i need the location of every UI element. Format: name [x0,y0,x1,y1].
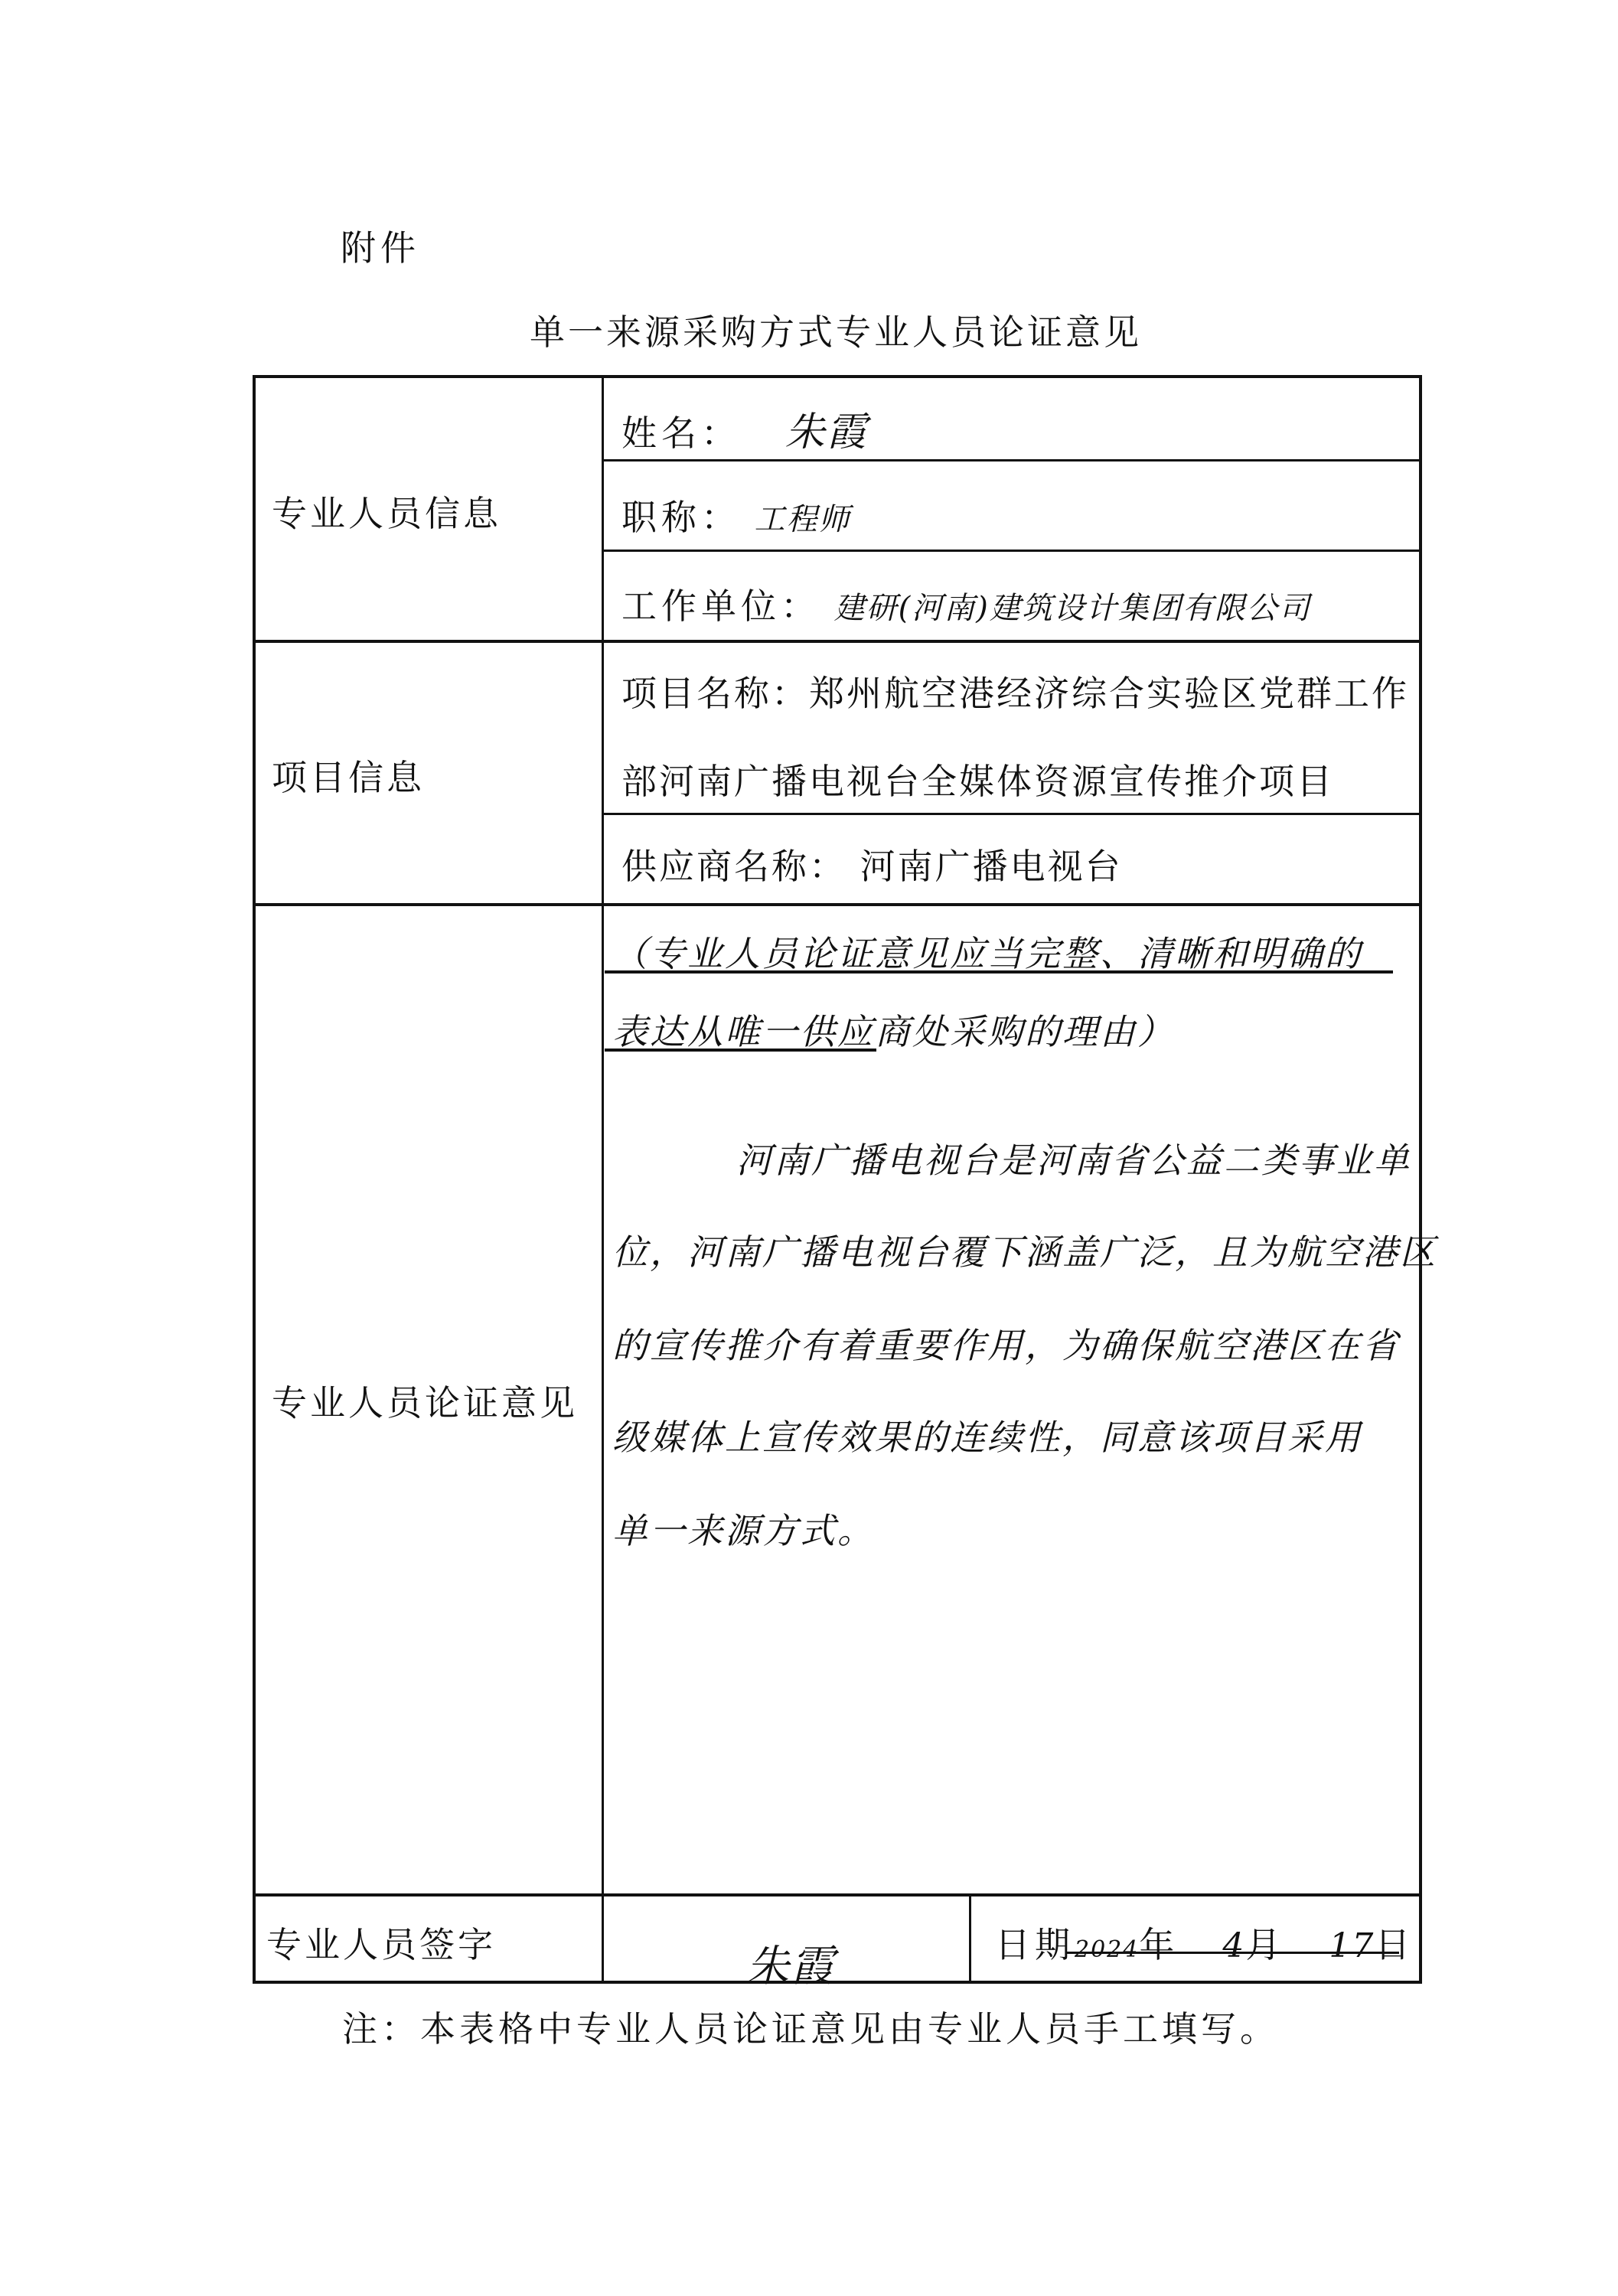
divider-name-title [602,459,1421,461]
argument-opinion-table: 专业人员信息 姓名： 朱霞 职称： 工程师 工作单位： 建研(河南)建筑设计集团… [0,0,1618,2296]
name-value: 朱霞 [785,409,868,455]
title-label: 职称： [621,497,741,538]
divider-opinion-signature [253,1893,1422,1896]
divider-title-unit [602,550,1421,552]
divider-project-opinion [253,903,1422,906]
date-day: 17 [1329,1926,1375,1965]
date-day-unit: 日 [1375,1924,1412,1965]
footer-note: 注：本表格中专业人员论证意见由专业人员手工填写。 [342,2001,1279,2052]
supplier-field: 供应商名称： 河南广播电视台 [621,839,1123,889]
project-name-field: 项目名称：郑州航空港经济综合实验区党群工作 [621,666,1409,716]
signature-date-divider [969,1895,971,1982]
opinion-text-line: 河南广播电视台是河南省公益二类事业单 [736,1133,1532,1183]
signature-label: 专业人员签字 [266,1917,496,1968]
date-underline [1066,1952,1399,1954]
name-field: 姓名： 朱霞 [621,400,868,457]
name-label: 姓名： [621,413,741,454]
date-year-unit: 年 [1139,1924,1176,1965]
supplier-value: 河南广播电视台 [860,846,1123,887]
table-border-top [253,375,1422,378]
opinion-label: 专业人员论证意见 [272,1375,578,1426]
work-unit-field: 工作单位： 建研(河南)建筑设计集团有限公司 [621,579,1311,629]
project-name-label: 项目名称： [621,673,809,714]
title-field: 职称： 工程师 [621,490,851,540]
signature-value: 朱霞 [746,1932,835,1994]
opinion-hint-line1: （专业人员论证意见应当完整、清晰和明确的 [612,926,1362,977]
date-month: 4 [1222,1926,1245,1965]
table-border-bottom [253,1981,1422,1984]
title-value: 工程师 [755,502,851,537]
opinion-text-line: 级媒体上宣传效果的连续性，同意该项目采用 [612,1410,1408,1460]
project-name-line1: 郑州航空港经济综合实验区党群工作 [809,673,1409,714]
date-field: 日期2024年4月17日 [995,1917,1412,1968]
opinion-text-line: 的宣传推介有着重要作用，为确保航空港区在省 [612,1318,1408,1368]
table-border-left [253,375,256,1984]
work-unit-value: 建研(河南)建筑设计集团有限公司 [834,591,1311,626]
hint-underline-2 [605,1049,876,1052]
work-unit-label: 工作单位： [621,585,820,627]
hint-underline-1 [605,970,1393,974]
opinion-hint-line2: 表达从唯一供应商处采购的理由） [612,1004,1175,1055]
supplier-label: 供应商名称： [621,846,847,887]
opinion-text-line: 单一来源方式。 [612,1503,1408,1554]
column-divider [602,375,604,1982]
personnel-info-label: 专业人员信息 [272,486,501,536]
date-label: 日期 [995,1924,1075,1965]
project-info-label: 项目信息 [272,750,425,801]
date-month-unit: 月 [1245,1924,1283,1965]
divider-projectname-supplier [602,813,1421,815]
divider-personnel-project [253,640,1422,643]
opinion-text-line: 位，河南广播电视台覆下涵盖广泛，且为航空港区 [612,1225,1408,1275]
date-year: 2024 [1075,1936,1139,1963]
project-name-continuation: 部河南广播电视台全媒体资源宣传推介项目 [621,754,1334,804]
